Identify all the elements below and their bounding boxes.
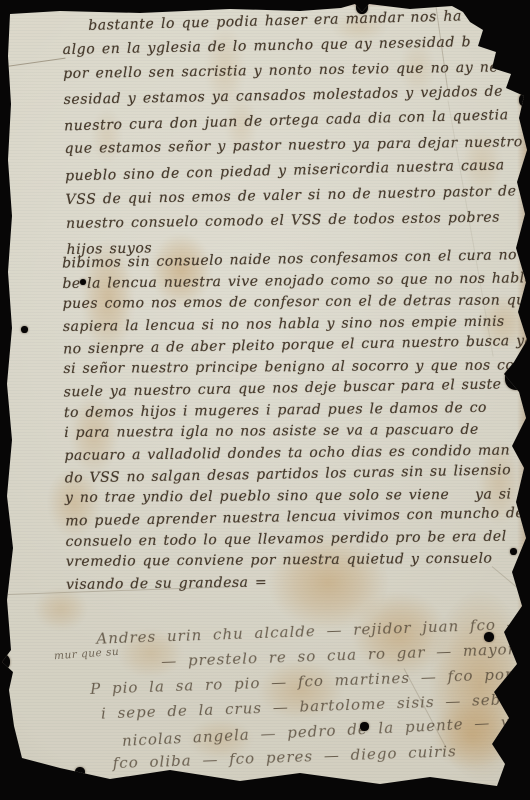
worm-hole	[75, 767, 85, 777]
top-edge-tint	[0, 0, 530, 7]
worm-hole	[80, 279, 86, 285]
worm-hole	[510, 548, 517, 555]
worm-hole	[360, 722, 369, 731]
worm-hole	[484, 632, 494, 642]
worm-hole	[519, 93, 530, 107]
worm-hole	[21, 326, 28, 333]
photo-backdrop: bastante lo que podia haser era mandar n…	[0, 0, 530, 800]
vignette-shading	[0, 0, 530, 800]
left-edge-tint	[0, 0, 8, 800]
worm-hole	[356, 0, 368, 14]
manuscript-page: bastante lo que podia haser era mandar n…	[0, 0, 530, 800]
worm-hole	[505, 366, 529, 390]
bottom-edge-tint	[0, 789, 530, 800]
